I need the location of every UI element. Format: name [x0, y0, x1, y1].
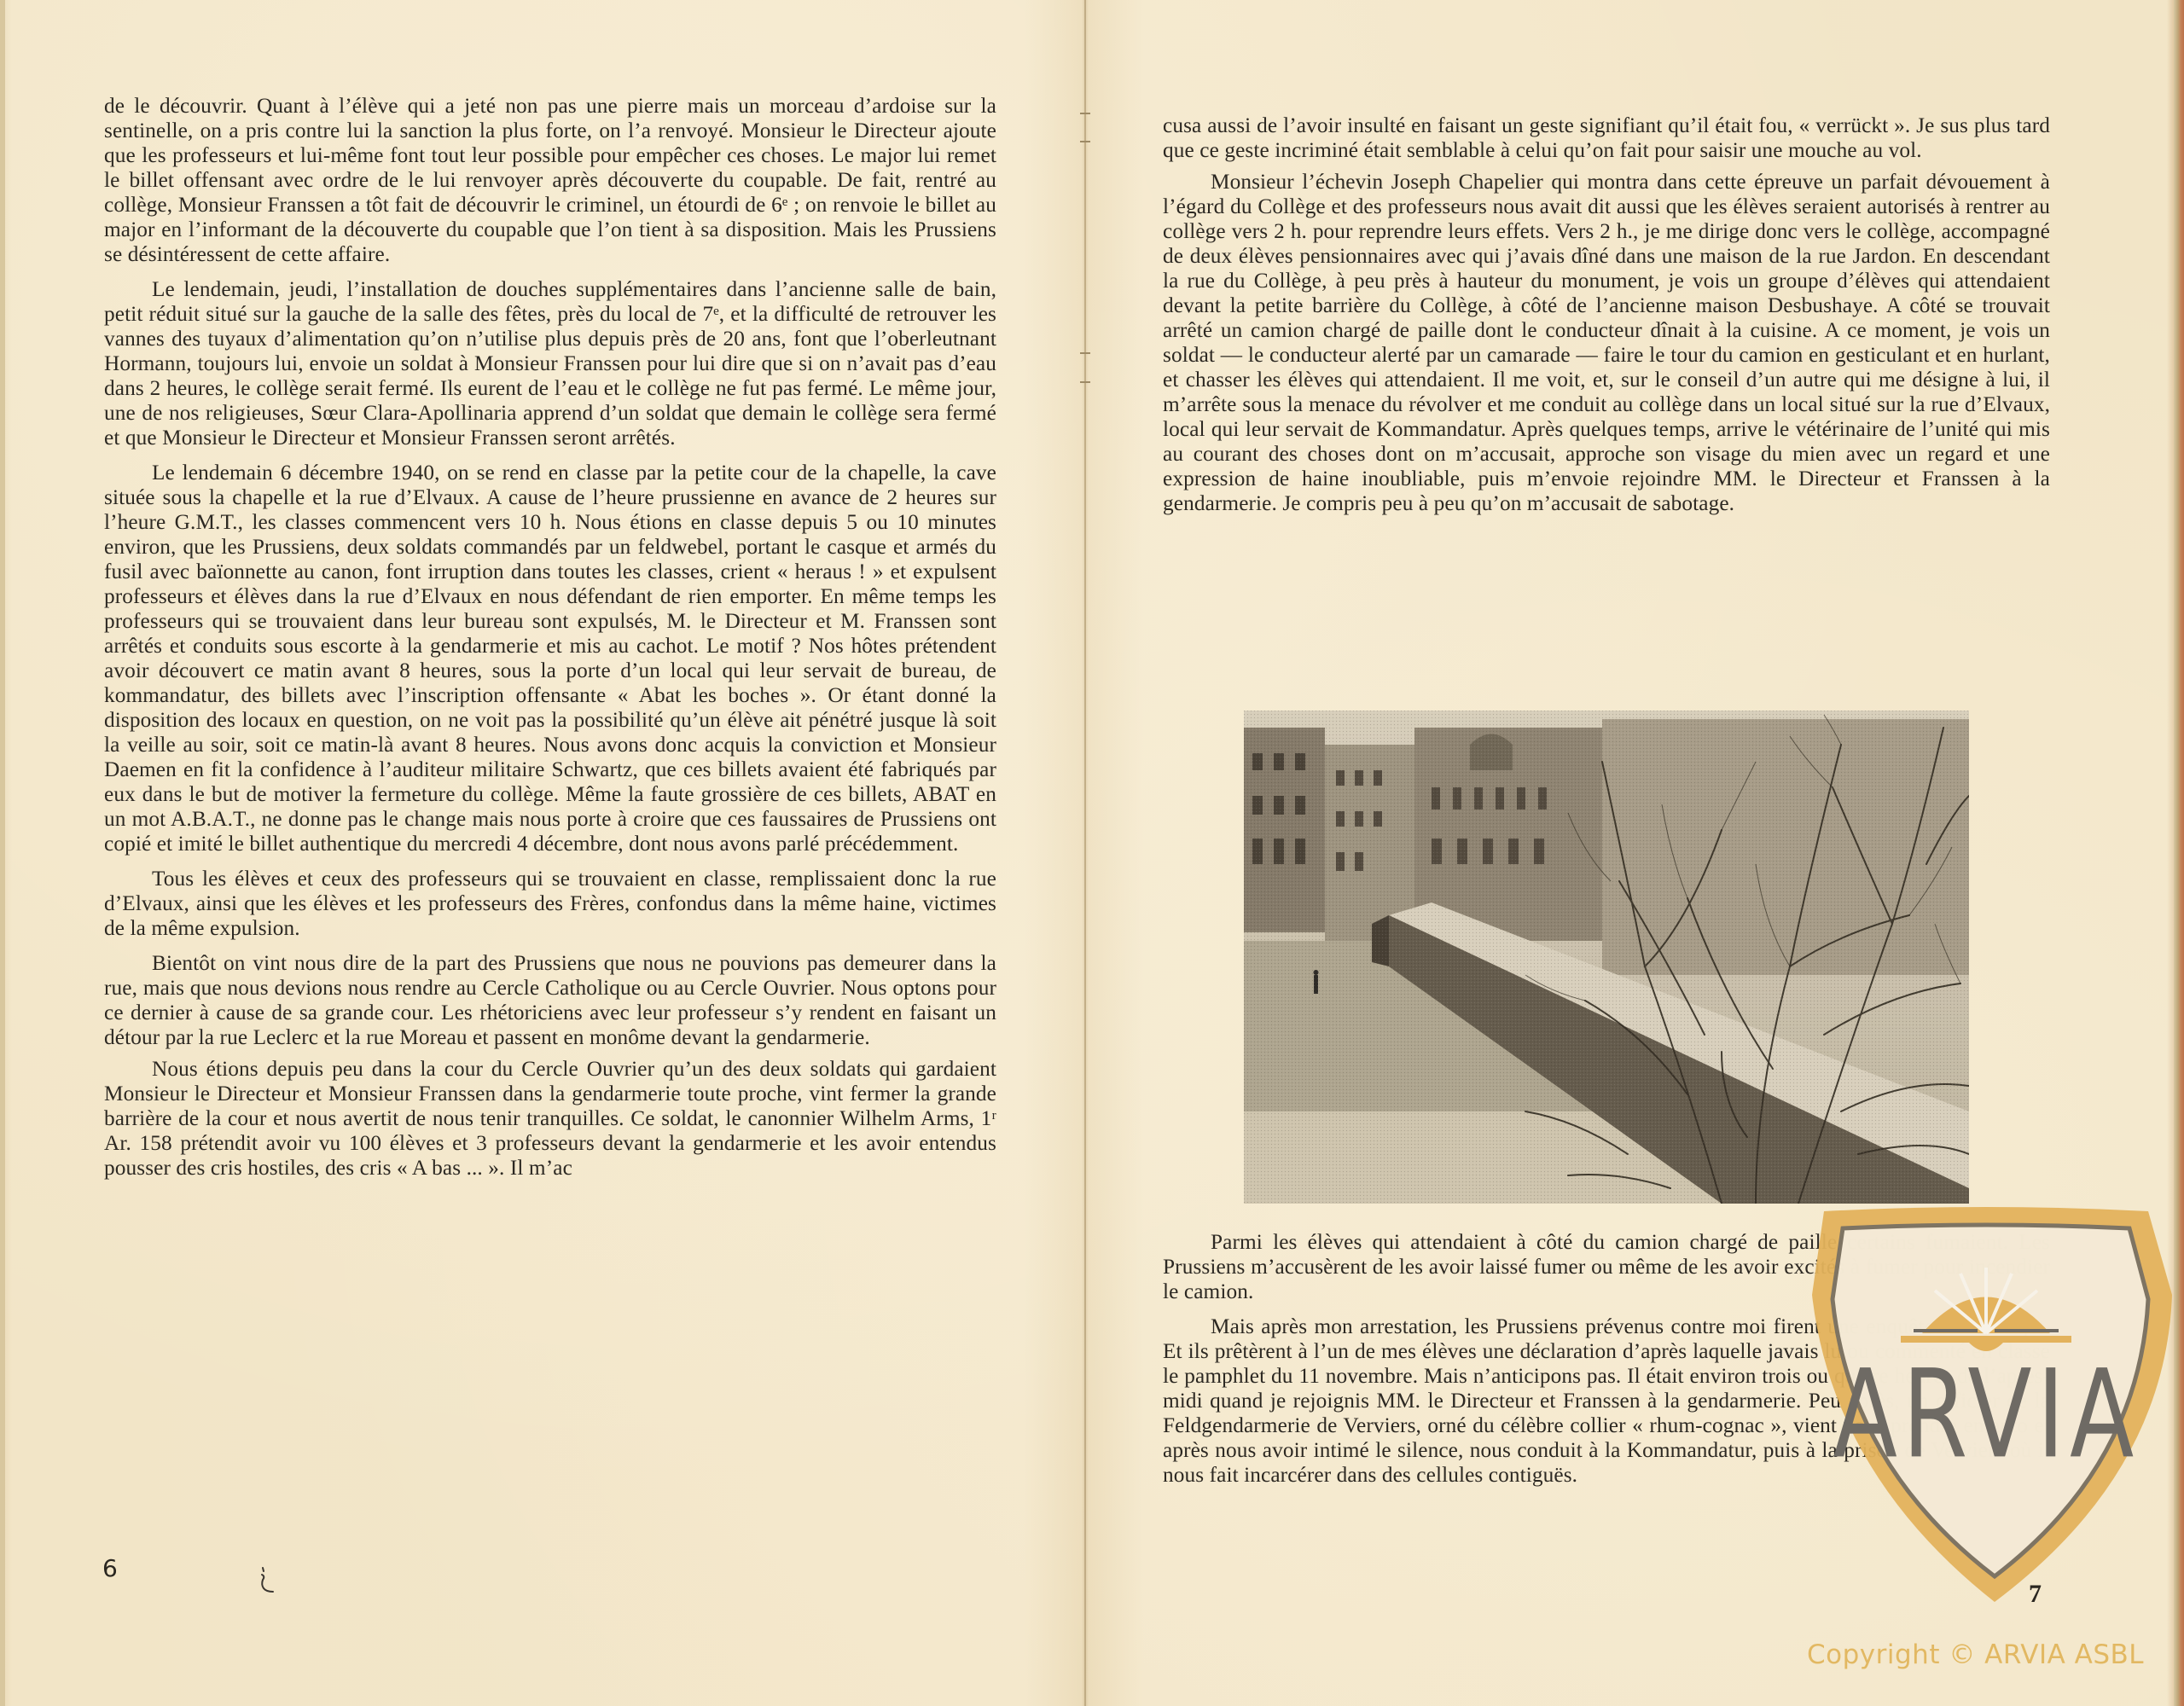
right-page-edge	[2174, 0, 2184, 1706]
right-page: cusa aussi de l’avoir insulté en faisant…	[1163, 113, 2050, 516]
photo-courtyard-image	[1244, 711, 1969, 1204]
paragraph: Parmi les élèves qui attendaient à côté …	[1163, 1230, 2050, 1304]
left-page-edge	[0, 0, 5, 1706]
spine-stitch	[1080, 113, 1090, 114]
spine-stitch	[1080, 381, 1090, 383]
left-page: de le découvrir. Quant à l’élève qui a j…	[104, 94, 996, 1181]
paragraph: Tous les élèves et ceux des professeurs …	[104, 867, 996, 941]
paragraph: Le lendemain, jeudi, l’installation de d…	[104, 277, 996, 450]
paragraph: de le découvrir. Quant à l’élève qui a j…	[104, 94, 996, 267]
historical-photo	[1244, 711, 1969, 1204]
spine-stitch	[1080, 352, 1090, 354]
ink-smudge-icon	[258, 1566, 276, 1597]
paragraph: Bientôt on vint nous dire de la part des…	[104, 951, 996, 1050]
book-spine	[1084, 0, 1086, 1706]
paragraph: Monsieur l’échevin Joseph Chapelier qui …	[1163, 170, 2050, 516]
page-number-right: 7	[2029, 1580, 2042, 1609]
paragraph: Le lendemain 6 décembre 1940, on se rend…	[104, 461, 996, 856]
paragraph: Nous étions depuis peu dans la cour du C…	[104, 1057, 996, 1181]
right-page-lower: Parmi les élèves qui attendaient à côté …	[1163, 1230, 2050, 1488]
paragraph: Mais après mon arrestation, les Prussien…	[1163, 1314, 2050, 1488]
paragraph: cusa aussi de l’avoir insulté en faisant…	[1163, 113, 2050, 163]
spine-stitch	[1080, 141, 1090, 142]
page-number-left: 6	[102, 1554, 118, 1582]
copyright-notice: Copyright © ARVIA ASBL	[1807, 1639, 2144, 1670]
